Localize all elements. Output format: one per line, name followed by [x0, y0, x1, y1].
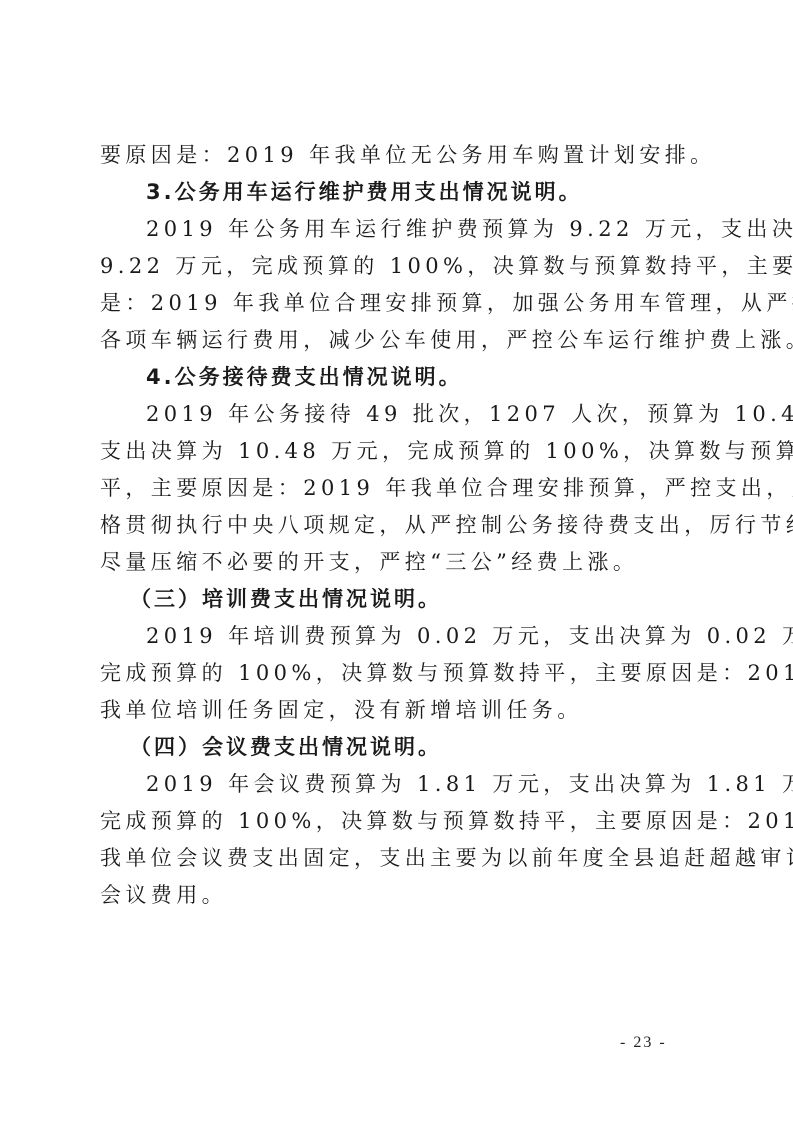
page-number: - 23 -	[620, 1034, 667, 1052]
paragraph-line: 格贯彻执行中央八项规定，从严控制公务接待费支出，厉行节约	[100, 507, 685, 544]
paragraph-line: 9.22 万元，完成预算的 100%，决算数与预算数持平，主要原因	[100, 248, 685, 285]
paragraph-line: 2019 年公务用车运行维护费预算为 9.22 万元，支出决算为	[100, 211, 685, 248]
document-page: 要原因是：2019 年我单位无公务用车购置计划安排。 3.公务用车运行维护费用支…	[100, 137, 685, 914]
paragraph-line: 尽量压缩不必要的开支，严控“三公”经费上涨。	[100, 544, 685, 581]
paragraph-line: 2019 年公务接待 49 批次，1207 人次，预算为 10.48 万元，	[100, 396, 685, 433]
section-heading-reception: 4.公务接待费支出情况说明。	[100, 359, 685, 396]
paragraph-line: 会议费用。	[100, 877, 685, 914]
paragraph-line: 我单位会议费支出固定，支出主要为以前年度全县追赶超越审计	[100, 840, 685, 877]
paragraph-line: 完成预算的 100%，决算数与预算数持平，主要原因是：2019 年	[100, 803, 685, 840]
paragraph-line: 是：2019 年我单位合理安排预算，加强公务用车管理，从严控制	[100, 285, 685, 322]
section-heading-training: （三）培训费支出情况说明。	[100, 581, 685, 618]
paragraph-line: 要原因是：2019 年我单位无公务用车购置计划安排。	[100, 137, 685, 174]
paragraph-line: 我单位培训任务固定，没有新增培训任务。	[100, 692, 685, 729]
section-heading-meeting: （四）会议费支出情况说明。	[100, 729, 685, 766]
paragraph-line: 平，主要原因是：2019 年我单位合理安排预算，严控支出，严	[100, 470, 685, 507]
section-heading-vehicle-maintenance: 3.公务用车运行维护费用支出情况说明。	[100, 174, 685, 211]
paragraph-line: 各项车辆运行费用，减少公车使用，严控公车运行维护费上涨。	[100, 322, 685, 359]
paragraph-line: 2019 年会议费预算为 1.81 万元，支出决算为 1.81 万元，	[100, 766, 685, 803]
paragraph-line: 2019 年培训费预算为 0.02 万元，支出决算为 0.02 万元，	[100, 618, 685, 655]
paragraph-line: 完成预算的 100%，决算数与预算数持平，主要原因是：2019 年	[100, 655, 685, 692]
paragraph-line: 支出决算为 10.48 万元，完成预算的 100%，决算数与预算数持	[100, 433, 685, 470]
